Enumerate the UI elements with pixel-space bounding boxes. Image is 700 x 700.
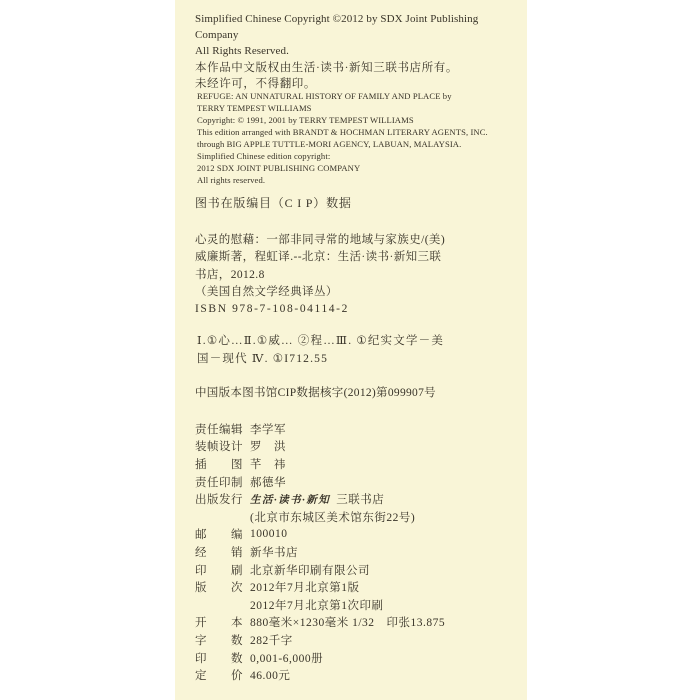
- colophon-row: 2012年7月北京第1次印刷: [195, 596, 521, 614]
- colophon-value: 北京新华印刷有限公司: [250, 562, 370, 578]
- colophon-label: 开 本: [195, 614, 242, 630]
- cip-record-line: 心灵的慰藉：一部非同寻常的地域与家族史/(美): [195, 232, 521, 249]
- colophon-row: 经 销 新华书店: [195, 543, 521, 561]
- colophon-label: 责任编辑: [195, 421, 242, 437]
- legal-line: Simplified Chinese edition copyright:: [197, 150, 521, 162]
- colophon-row: 责任印制 郝德华: [195, 473, 521, 491]
- colophon-value: 2012年7月北京第1版: [250, 579, 360, 595]
- book-copyright-page: Simplified Chinese Copyright ©2012 by SD…: [175, 0, 527, 700]
- colophon-row: 版 次 2012年7月北京第1版: [195, 578, 521, 596]
- colophon-value: 0,001-6,000册: [250, 650, 323, 666]
- publisher-address: (北京市东城区美术馆东街22号): [250, 509, 415, 525]
- colophon-value: 880毫米×1230毫米 1/32 印张13.875: [250, 614, 445, 630]
- colophon-label: 印 数: [195, 650, 242, 666]
- colophon-label: 经 销: [195, 544, 242, 560]
- colophon-label: 插 图: [195, 456, 242, 472]
- colophon-row: 装帧设计 罗 洪: [195, 438, 521, 456]
- colophon-value: 100010: [250, 528, 288, 540]
- colophon-value: 芊 祎: [250, 456, 286, 472]
- legal-line: REFUGE: AN UNNATURAL HISTORY OF FAMILY A…: [197, 90, 521, 102]
- rights-legal-block: REFUGE: AN UNNATURAL HISTORY OF FAMILY A…: [197, 90, 521, 186]
- colophon-value: 郝德华: [250, 474, 286, 490]
- cip-registry-number: 中国版本图书馆CIP数据核字(2012)第099907号: [195, 384, 521, 400]
- cip-record-block: 心灵的慰藉：一部非同寻常的地域与家族史/(美) 威廉斯著，程虹译.--北京：生活…: [195, 232, 521, 318]
- cip-classification-line: 国－现代 Ⅳ. ①I712.55: [197, 350, 521, 368]
- legal-line: All rights reserved.: [197, 174, 521, 186]
- legal-line: 2012 SDX JOINT PUBLISHING COMPANY: [197, 162, 521, 174]
- colophon-value: 罗 洪: [250, 438, 286, 454]
- colophon-label: 定 价: [195, 667, 242, 683]
- colophon-value: 46.00元: [250, 667, 290, 683]
- copyright-notice-en-line: All Rights Reserved.: [195, 43, 521, 59]
- colophon-row: 字 数 282千字: [195, 631, 521, 649]
- scanned-book-page-photo: { "colors": { "page_background": "#f9f5d…: [0, 0, 700, 700]
- colophon-label: 字 数: [195, 632, 242, 648]
- legal-line: Copyright: © 1991, 2001 by TERRY TEMPEST…: [197, 114, 521, 126]
- cip-classification-line: Ⅰ.①心…Ⅱ.①威… ②程…Ⅲ. ①纪实文学－美: [197, 332, 521, 350]
- colophon-value: 李学军: [250, 421, 286, 437]
- copyright-notice-block: Simplified Chinese Copyright ©2012 by SD…: [195, 11, 521, 92]
- colophon-row: 责任编辑 李学军: [195, 420, 521, 438]
- legal-line: through BIG APPLE TUTTLE-MORI AGENCY, LA…: [197, 138, 521, 150]
- colophon-row: 印 刷 北京新华印刷有限公司: [195, 561, 521, 579]
- colophon-label: 出版发行: [195, 491, 242, 507]
- colophon-block: 责任编辑 李学军 装帧设计 罗 洪 插 图 芊 祎 责任印制 郝德华 出版发行 …: [195, 420, 521, 684]
- colophon-row: 出版发行 生活·读书·新知三联书店: [195, 490, 521, 508]
- colophon-label: 印 刷: [195, 562, 242, 578]
- colophon-label: 责任印制: [195, 474, 242, 490]
- copyright-notice-en-line: Simplified Chinese Copyright ©2012 by SD…: [195, 11, 521, 43]
- publisher-name: 三联书店: [336, 494, 384, 506]
- colophon-row: 插 图 芊 祎: [195, 455, 521, 473]
- cip-classification-block: Ⅰ.①心…Ⅱ.①威… ②程…Ⅲ. ①纪实文学－美 国－现代 Ⅳ. ①I712.5…: [197, 332, 521, 368]
- isbn-line: ISBN 978-7-108-04114-2: [195, 301, 521, 318]
- cip-record-line: 威廉斯著，程虹译.--北京：生活·读书·新知三联: [195, 249, 521, 266]
- legal-line: This edition arranged with BRANDT & HOCH…: [197, 126, 521, 138]
- legal-line: TERRY TEMPEST WILLIAMS: [197, 102, 521, 114]
- colophon-row: (北京市东城区美术馆东街22号): [195, 508, 521, 526]
- cip-heading: 图书在版编目（C I P）数据: [195, 194, 521, 211]
- cip-record-line: （美国自然文学经典译丛）: [195, 284, 521, 301]
- colophon-value: 282千字: [250, 632, 293, 648]
- colophon-row: 开 本 880毫米×1230毫米 1/32 印张13.875: [195, 614, 521, 632]
- colophon-row: 印 数 0,001-6,000册: [195, 649, 521, 667]
- colophon-value: 新华书店: [250, 544, 298, 560]
- copyright-notice-zh-line: 本作品中文版权由生活·读书·新知三联书店所有。: [195, 60, 521, 76]
- colophon-row: 定 价 46.00元: [195, 666, 521, 684]
- colophon-row: 邮 编 100010: [195, 526, 521, 544]
- colophon-value: 2012年7月北京第1次印刷: [250, 597, 384, 613]
- colophon-label: 版 次: [195, 579, 242, 595]
- colophon-value: 生活·读书·新知三联书店: [250, 491, 384, 507]
- cip-record-line: 书店，2012.8: [195, 267, 521, 284]
- colophon-label: 装帧设计: [195, 438, 242, 454]
- sanlian-logotype: 生活·读书·新知: [250, 495, 330, 506]
- colophon-label: 邮 编: [195, 526, 242, 542]
